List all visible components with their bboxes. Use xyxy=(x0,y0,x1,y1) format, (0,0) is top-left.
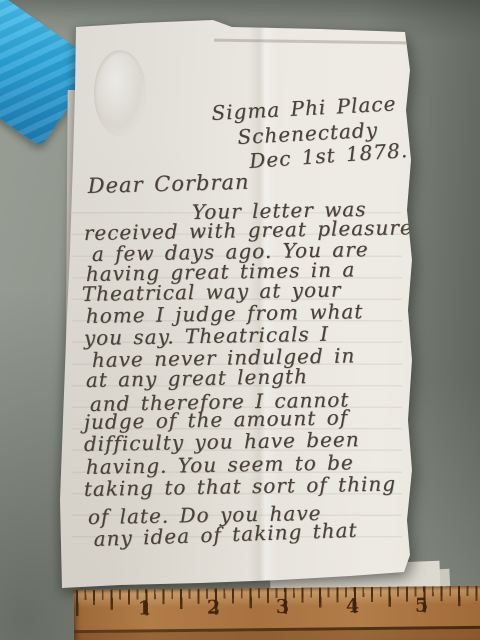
letter-salutation: Dear Corbran xyxy=(87,172,249,196)
ruler-number: 2 xyxy=(207,597,220,619)
folded-sheet-edge xyxy=(214,39,406,44)
photo-scene: Sigma Phi Place Schenectady Dec 1st 1878… xyxy=(0,0,480,640)
ruler-number: 3 xyxy=(276,596,289,618)
ruler-groove-line xyxy=(74,626,480,633)
ruler-number: 4 xyxy=(346,595,359,617)
ruler-number: 5 xyxy=(415,594,428,616)
embossed-seal xyxy=(94,50,146,136)
letter-line: taking to that sort of thing xyxy=(84,474,397,499)
letter-paper: Sigma Phi Place Schenectady Dec 1st 1878… xyxy=(0,0,480,640)
ruler-number: 1 xyxy=(138,597,151,619)
letter-line: at any great length xyxy=(86,366,308,390)
ruler: 1 2 3 4 5 xyxy=(74,586,480,640)
letter-paper-shadow: Sigma Phi Place Schenectady Dec 1st 1878… xyxy=(0,0,480,640)
